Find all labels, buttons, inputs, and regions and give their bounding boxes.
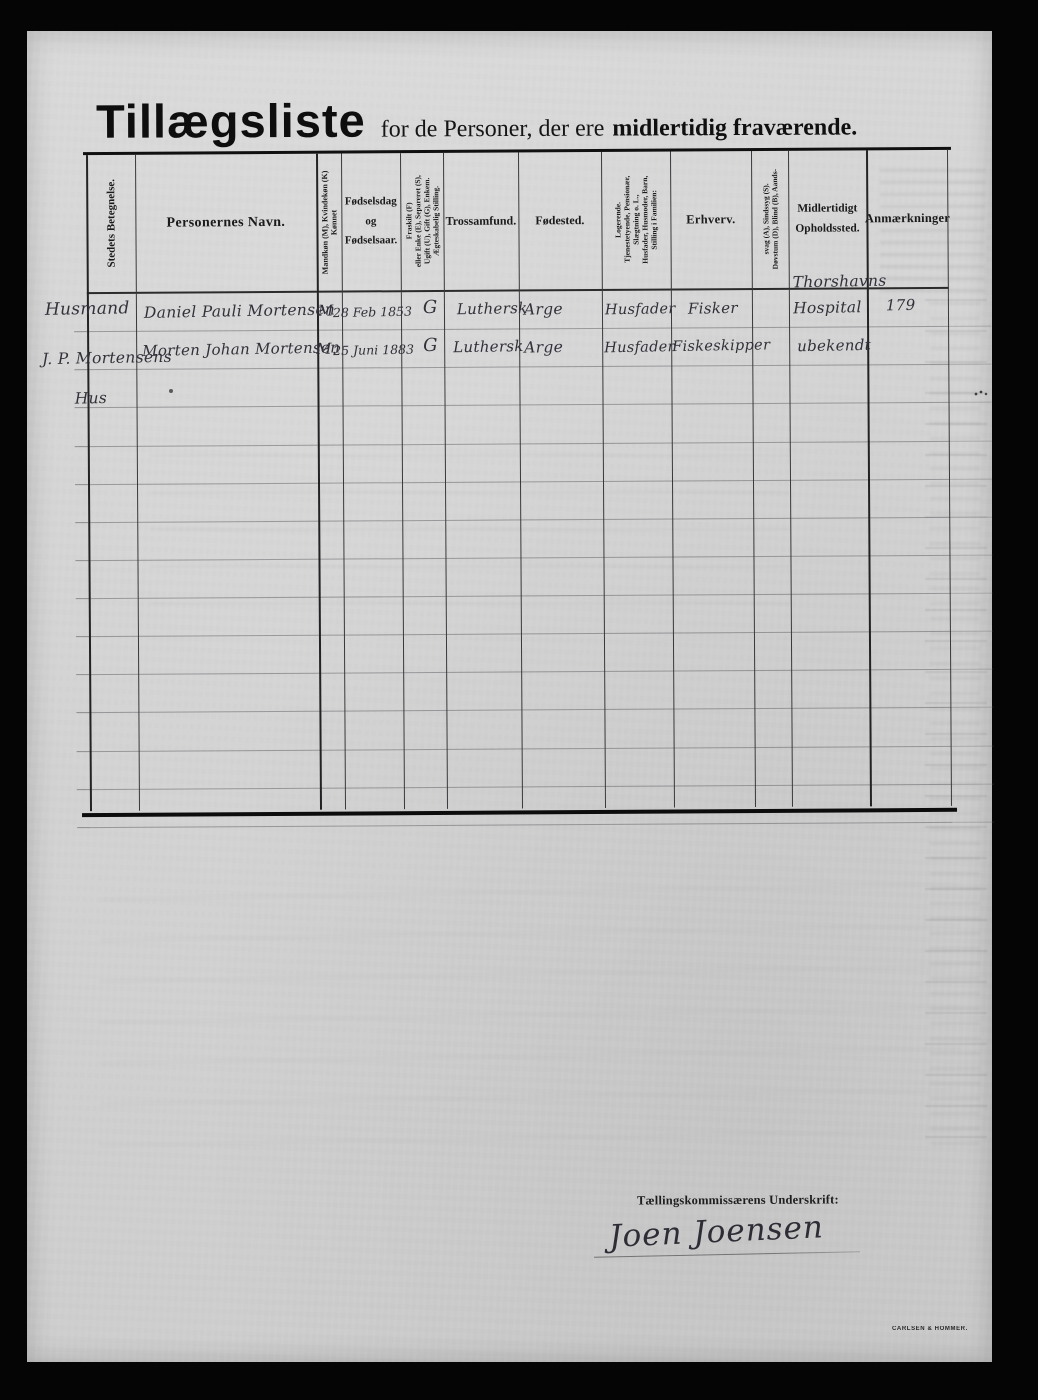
entry-row2-religion: Luthersk: [453, 337, 524, 357]
page-title: Tillægslistefor de Personer, der eremidl…: [96, 90, 926, 149]
page-title-rest: for de Personer, der ere: [381, 116, 605, 143]
col-header-foedested: Fødested.: [518, 152, 602, 290]
entry-row2-marital-status: G: [423, 335, 438, 358]
entry-row2-birthplace: Arge: [524, 338, 563, 358]
col-header-foedselsdag: Fødselsdag og Fødselsaar.: [341, 153, 401, 290]
entry-row1-sex: M: [318, 302, 334, 321]
entry-row2-occupation: Fiskeskipper: [672, 336, 770, 356]
entry-row1-temporary-residence: Thorshavns Hospital: [792, 268, 887, 322]
printer-mark: CARLSEN & HOMMER.: [892, 1326, 968, 1332]
entry-row1-birthplace: Arge: [524, 300, 563, 320]
page-title-rest-bold: midlertidig fraværende.: [612, 114, 857, 141]
entry-row2-temporary-residence: ubekendt: [797, 336, 871, 356]
entry-row1-religion: Luthersk: [457, 299, 528, 319]
col-header-koennet: Kønnet Mandkøn (M), Kvindekøn (K): [316, 154, 342, 291]
col-header-personernes-navn: Personernes Navn.: [135, 154, 317, 292]
col-header-stedets-betegnelse: Stedets Betegnelse.: [86, 155, 136, 292]
entry-row1-place: Husmand: [45, 298, 130, 321]
entry-row2-birthdate: 25 Juni 1883: [333, 342, 414, 359]
page-title-main: Tillægsliste: [96, 94, 366, 148]
entry-row1-birthdate: 28 Feb 1853: [333, 304, 412, 321]
ink-smudge-right-edge: [974, 389, 988, 397]
entry-row1-name: Daniel Pauli Mortensen: [144, 300, 335, 323]
entry-row1-remarks: 179: [886, 296, 916, 315]
col-header-trossamfund: Trossamfund.: [443, 152, 519, 289]
entry-row1-family-position: Husfader: [605, 300, 676, 319]
entry-row2-name: Morten Johan Mortensen: [142, 338, 340, 360]
col-header-erhverv: Erhverv.: [670, 151, 752, 288]
col-header-doevstum-blind: Døvstum (D), Blind (B), Aands- svag (A),…: [751, 151, 789, 288]
entry-row1-occupation: Fisker: [688, 299, 738, 319]
col-header-aegteskabelig-stilling: Ægteskabelig Stilling. Ugift (U), Gift (…: [400, 153, 444, 290]
census-commissioner-signature-label: Tællingskommissærens Underskrift:: [637, 1192, 839, 1208]
col-header-anmaerkninger: Anmærkninger: [866, 150, 949, 287]
entry-row1-marital-status: G: [423, 297, 438, 320]
col-header-midlertidigt-opholdssted: Midlertidigt Opholdssted.: [788, 150, 867, 287]
col-header-stilling-i-familien: Stilling i Familien: Husfader, Husmoder,…: [601, 152, 671, 289]
entry-row2-family-position: Husfader: [604, 338, 675, 357]
census-table: Stedets Betegnelse. Personernes Navn. Kø…: [86, 147, 952, 814]
